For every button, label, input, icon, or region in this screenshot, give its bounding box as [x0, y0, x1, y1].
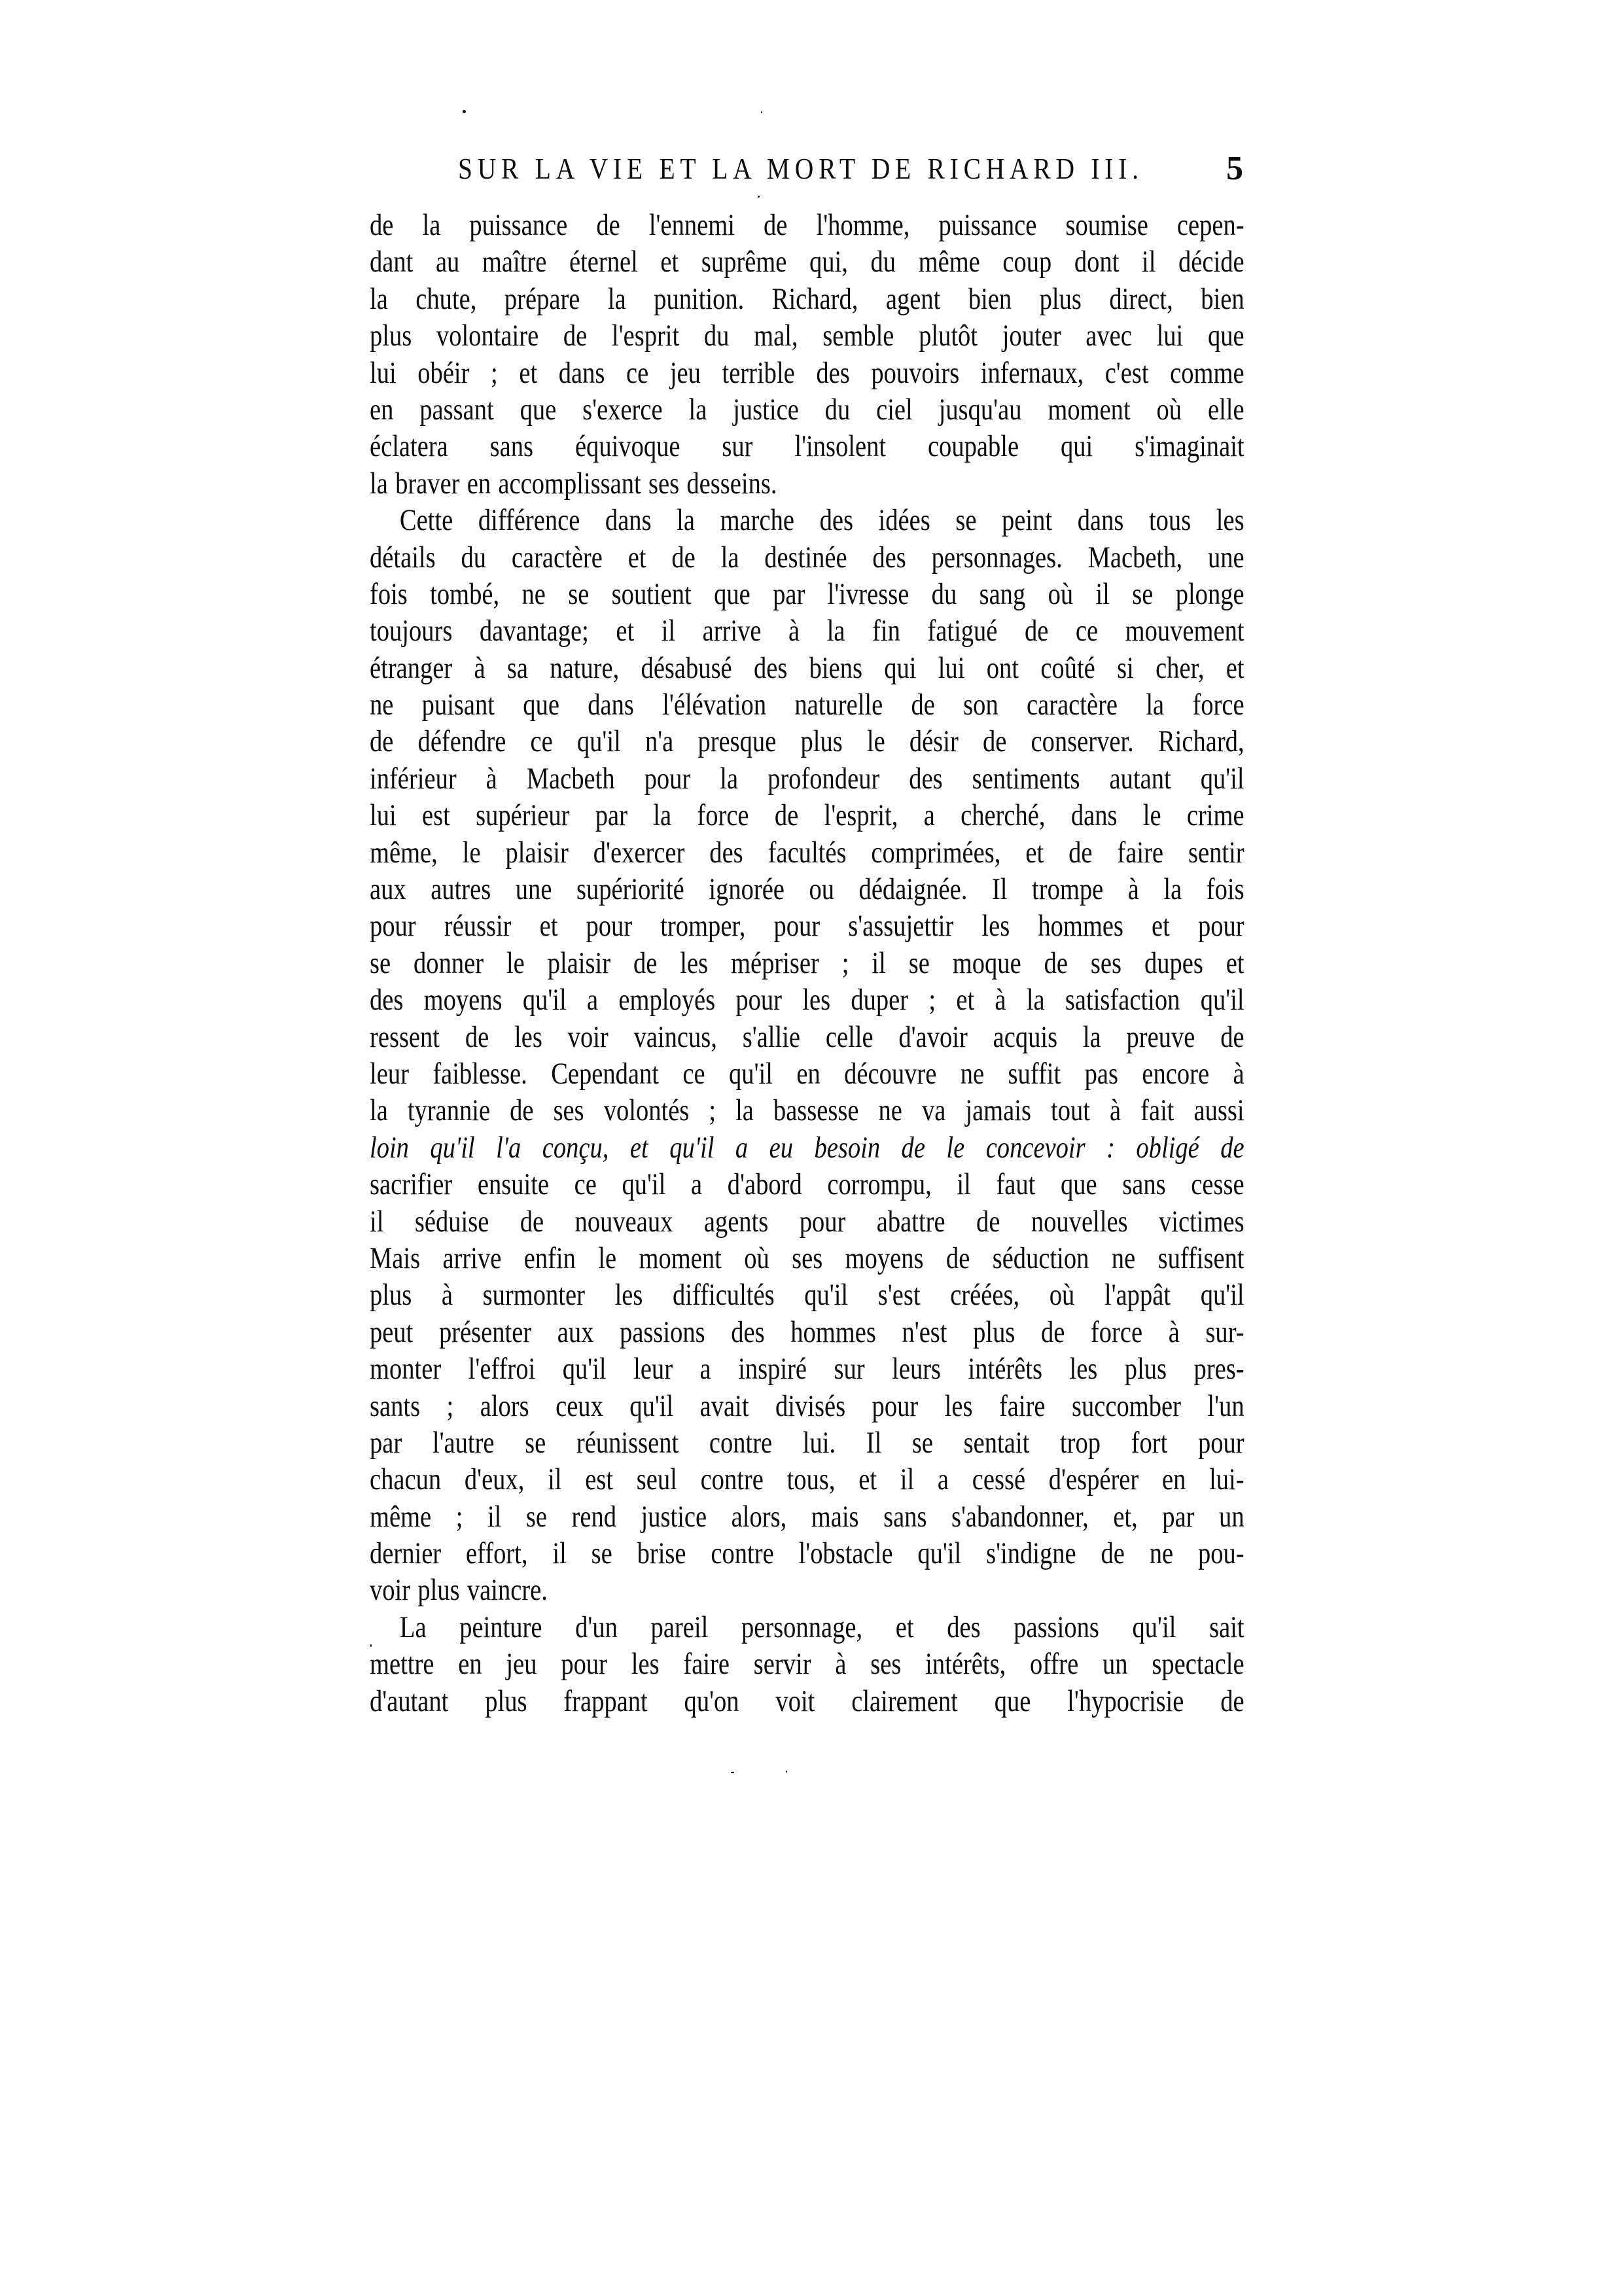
- text-line: sants ; alors ceux qu'il avait divisés p…: [370, 1388, 1244, 1424]
- text-line: ressent de les voir vaincus, s'allie cel…: [370, 1019, 1244, 1055]
- text-line: La peinture d'un pareil personnage, et d…: [370, 1609, 1244, 1646]
- text-line: ne puisant que dans l'élévation naturell…: [370, 686, 1244, 723]
- text-line: lui est supérieur par la force de l'espr…: [370, 797, 1244, 834]
- text-line: dant au maître éternel et suprême qui, d…: [370, 243, 1244, 280]
- text-line: aux autres une supériorité ignorée ou dé…: [370, 871, 1244, 908]
- text-line: la braver en accomplissant ses desseins.: [370, 465, 1244, 502]
- text-line: peut présenter aux passions des hommes n…: [370, 1314, 1244, 1351]
- text-line: la chute, prépare la punition. Richard, …: [370, 281, 1244, 317]
- text-line: étranger à sa nature, désabusé des biens…: [370, 650, 1244, 686]
- scan-speck: [761, 111, 762, 113]
- paragraph: Cette différence dans la marche des idée…: [370, 502, 1244, 1609]
- text-line: mettre en jeu pour les faire servir à se…: [370, 1646, 1244, 1682]
- text-line: même, le plaisir d'exercer des facultés …: [370, 834, 1244, 871]
- text-line: inférieur à Macbeth pour la profondeur d…: [370, 760, 1244, 797]
- text-line: en passant que s'exerce la justice du ci…: [370, 391, 1244, 428]
- text-line: éclatera sans équivoque sur l'insolent c…: [370, 428, 1244, 465]
- text-line: toujours davantage; et il arrive à la fi…: [370, 612, 1244, 649]
- text-line: monter l'effroi qu'il leur a inspiré sur…: [370, 1351, 1244, 1387]
- running-head: SUR LA VIE ET LA MORT DE RICHARD III. 5: [458, 149, 1243, 188]
- text-line: sacrifier ensuite ce qu'il a d'abord cor…: [370, 1166, 1244, 1203]
- scan-speck: [758, 196, 760, 198]
- paragraph: de la puissance de l'ennemi de l'homme, …: [370, 207, 1244, 502]
- text-line: par l'autre se réunissent contre lui. Il…: [370, 1424, 1244, 1461]
- text-line: voir plus vaincre.: [370, 1572, 1244, 1608]
- text-line: des moyens qu'il a employés pour les dup…: [370, 981, 1244, 1018]
- text-line: se donner le plaisir de les mépriser ; i…: [370, 945, 1244, 981]
- text-line: la tyrannie de ses volontés ; la bassess…: [370, 1092, 1244, 1129]
- text-line: de défendre ce qu'il n'a presque plus le…: [370, 723, 1244, 760]
- text-line: pour réussir et pour tromper, pour s'ass…: [370, 908, 1244, 944]
- text-line: même ; il se rend justice alors, mais sa…: [370, 1498, 1244, 1535]
- text-line: chacun d'eux, il est seul contre tous, e…: [370, 1461, 1244, 1498]
- text-line: il séduise de nouveaux agents pour abatt…: [370, 1203, 1244, 1240]
- text-line: fois tombé, ne se soutient que par l'ivr…: [370, 576, 1244, 612]
- page-number: 5: [1226, 149, 1243, 188]
- text-line: lui obéir ; et dans ce jeu terrible des …: [370, 355, 1244, 391]
- text-line: plus volontaire de l'esprit du mal, semb…: [370, 317, 1244, 354]
- text-line: d'autant plus frappant qu'on voit claire…: [370, 1683, 1244, 1720]
- text-line: Cette différence dans la marche des idée…: [370, 502, 1244, 539]
- text-line: leur faiblesse. Cependant ce qu'il en dé…: [370, 1055, 1244, 1092]
- scan-speck: [731, 1772, 734, 1773]
- text-line: plus à surmonter les difficultés qu'il s…: [370, 1277, 1244, 1313]
- running-head-title: SUR LA VIE ET LA MORT DE RICHARD III.: [458, 149, 1144, 188]
- text-line: dernier effort, il se brise contre l'obs…: [370, 1535, 1244, 1572]
- paragraph: La peinture d'un pareil personnage, et d…: [370, 1609, 1244, 1720]
- text-line: de la puissance de l'ennemi de l'homme, …: [370, 207, 1244, 243]
- text-line-italic: loin qu'il l'a conçu, et qu'il a eu beso…: [370, 1129, 1244, 1166]
- scan-speck: [463, 110, 466, 113]
- text-line: Mais arrive enfin le moment où ses moyen…: [370, 1240, 1244, 1277]
- text-line: détails du caractère et de la destinée d…: [370, 539, 1244, 576]
- body-text: de la puissance de l'ennemi de l'homme, …: [370, 207, 1244, 1720]
- scan-speck: [786, 1771, 787, 1773]
